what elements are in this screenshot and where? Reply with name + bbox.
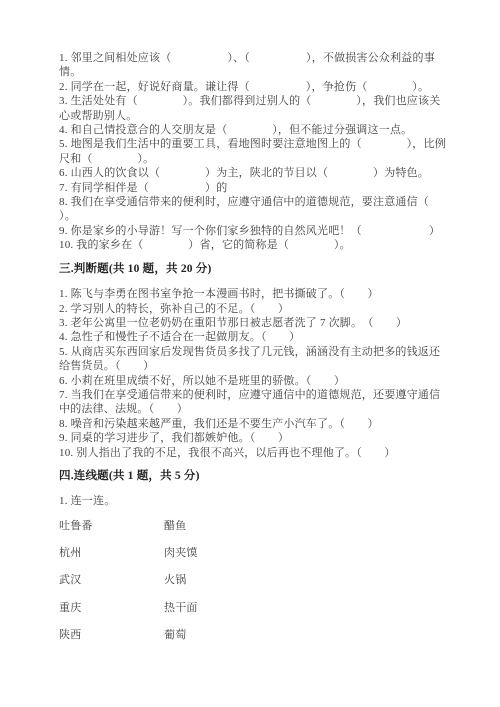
matching-right-item: 醋鱼 xyxy=(164,519,450,533)
judgment-question: 9. 同桌的学习进步了，我们都嫉妒他。（ ） xyxy=(59,431,450,445)
matching-right-item: 肉夹馍 xyxy=(164,546,450,560)
matching-section-title: 四.连线题(共 1 题，共 5 分) xyxy=(59,469,450,483)
exam-page: 1. 邻里之间相处应该（ ）、（ ），不做损害公众利益的事情。 2. 同学在一起… xyxy=(0,0,500,707)
exam-page-content: 1. 邻里之间相处应该（ ）、（ ），不做损害公众利益的事情。 2. 同学在一起… xyxy=(59,51,450,642)
judgment-question: 4. 急性子和慢性子不适合在一起做朋友。（ ） xyxy=(59,330,450,344)
matching-left-item: 武汉 xyxy=(59,573,164,587)
fill-in-question: 7. 有同学相伴是（ ）的 xyxy=(59,181,450,195)
fill-in-question: 8. 我们在享受通信带来的便利时，应遵守通信中的道德规范，要注意通信（ ）。 xyxy=(59,195,450,224)
fill-in-question: 1. 邻里之间相处应该（ ）、（ ），不做损害公众利益的事情。 xyxy=(59,51,450,80)
judgment-question: 10. 别人指出了我的不足，我很不高兴，以后再也不理他了。（ ） xyxy=(59,446,450,460)
judgment-question: 6. 小莉在班里成绩不好，所以她不是班里的骄傲。（ ） xyxy=(59,374,450,388)
matching-left-item: 陕西 xyxy=(59,628,164,642)
matching-row: 杭州 肉夹馍 xyxy=(59,546,450,560)
fill-in-question: 9. 你是家乡的小导游！写一个你们家乡独特的自然风光吧！（ ） xyxy=(59,224,450,238)
judgment-question: 7. 当我们在享受通信带来的便利时，应遵守通信中的道德规范，还要遵守通信中的法律… xyxy=(59,388,450,417)
judgment-question: 5. 从商店买东西回家后发现售货员多找了几元钱，涵涵没有主动把多的钱返还给售货员… xyxy=(59,345,450,374)
judgment-question: 1. 陈飞与李勇在图书室争抢一本漫画书时，把书撕破了。（ ） xyxy=(59,287,450,301)
matching-left-item: 吐鲁番 xyxy=(59,519,164,533)
judgment-section-title: 三.判断题(共 10 题，共 20 分) xyxy=(59,262,450,276)
matching-left-item: 杭州 xyxy=(59,546,164,560)
matching-table: 吐鲁番 醋鱼 杭州 肉夹馍 武汉 火锅 重庆 热干面 陕西 葡萄 xyxy=(59,519,450,643)
judgment-section: 三.判断题(共 10 题，共 20 分) 1. 陈飞与李勇在图书室争抢一本漫画书… xyxy=(59,262,450,460)
matching-row: 吐鲁番 醋鱼 xyxy=(59,519,450,533)
judgment-question: 2. 学习别人的特长，弥补自己的不足。（ ） xyxy=(59,302,450,316)
matching-right-item: 葡萄 xyxy=(164,628,450,642)
matching-right-item: 热干面 xyxy=(164,601,450,615)
fill-in-question: 3. 生活处处有（ ）。我们都得到过别人的（ ），我们也应该关心或帮助别人。 xyxy=(59,94,450,123)
matching-section: 四.连线题(共 1 题，共 5 分) 1. 连一连。 吐鲁番 醋鱼 杭州 肉夹馍… xyxy=(59,469,450,642)
matching-right-item: 火锅 xyxy=(164,573,450,587)
fill-in-section: 1. 邻里之间相处应该（ ）、（ ），不做损害公众利益的事情。 2. 同学在一起… xyxy=(59,51,450,253)
matching-row: 重庆 热干面 xyxy=(59,601,450,615)
matching-left-item: 重庆 xyxy=(59,601,164,615)
fill-in-question: 10. 我的家乡在（ ）省，它的简称是（ ）。 xyxy=(59,238,450,252)
fill-in-question: 4. 和自己情投意合的人交朋友是（ ），但不能过分强调这一点。 xyxy=(59,123,450,137)
fill-in-question: 5. 地图是我们生活中的重要工具，看地图时要注意地图上的（ ），比例尺和（ ）。 xyxy=(59,137,450,166)
matching-row: 陕西 葡萄 xyxy=(59,628,450,642)
matching-section-subtitle: 1. 连一连。 xyxy=(59,494,450,508)
matching-row: 武汉 火锅 xyxy=(59,573,450,587)
fill-in-question: 6. 山西人的饮食以（ ）为主，陕北的节目以（ ）为特色。 xyxy=(59,166,450,180)
judgment-question: 8. 噪音和污染越来越严重，我们还是不要生产小汽车了。（ ） xyxy=(59,417,450,431)
judgment-question: 3. 老年公寓里一位老奶奶在重阳节那日被志愿者洗了 7 次脚。 （ ） xyxy=(59,316,450,330)
fill-in-question: 2. 同学在一起，好说好商量。谦让得（ ），争抢伤（ ）。 xyxy=(59,80,450,94)
